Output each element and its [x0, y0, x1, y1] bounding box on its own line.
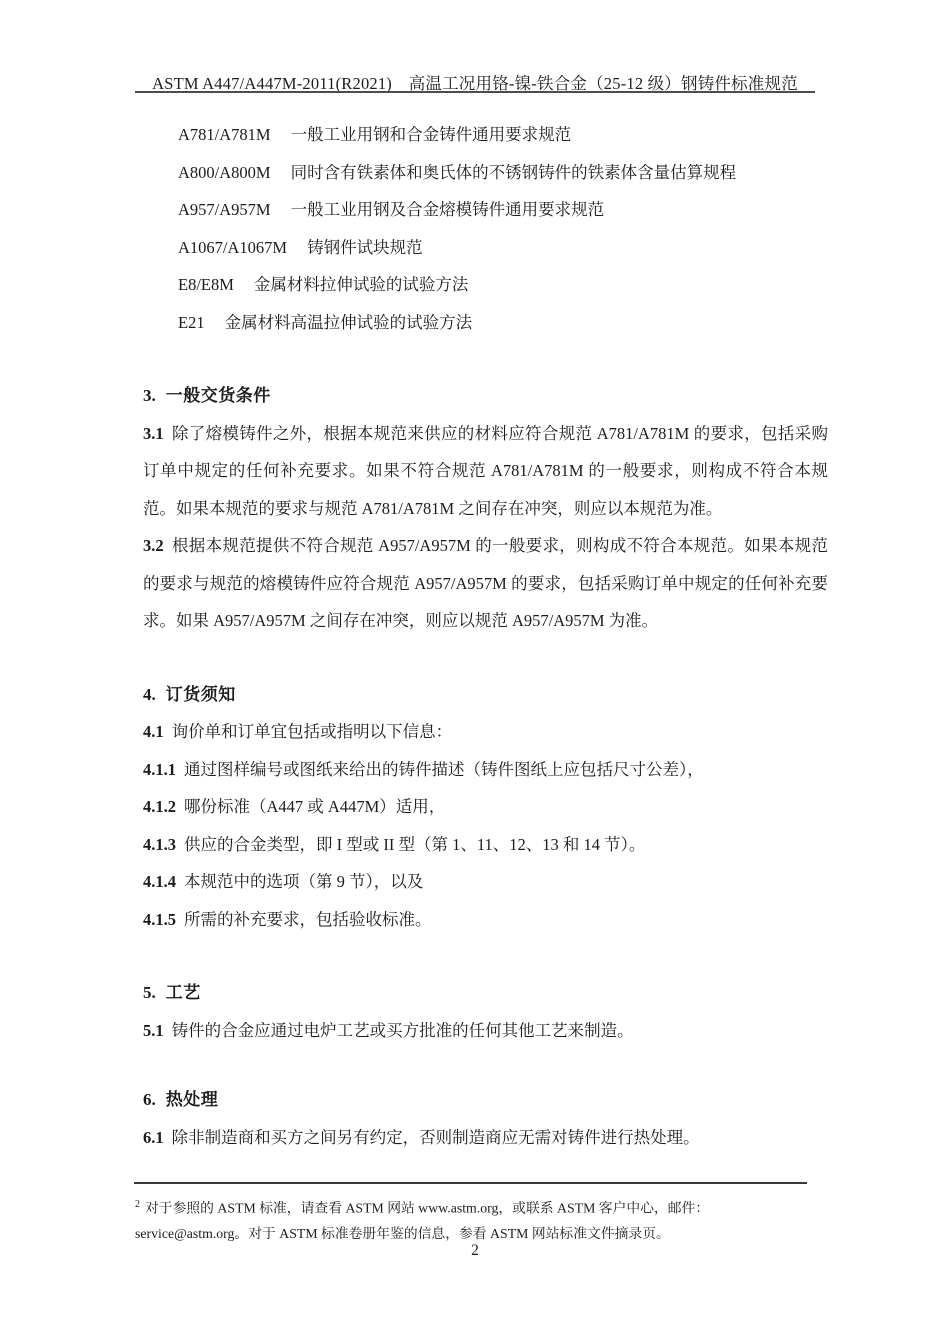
section-heading-4: 4.订货须知 — [143, 676, 828, 714]
paragraph-text: 通过图样编号或图纸来给出的铸件描述（铸件图纸上应包括尺寸公差）， — [184, 760, 704, 779]
paragraph-4-1-4: 4.1.4本规范中的选项（第 9 节），以及 — [143, 863, 828, 901]
section-heading-5: 5.工艺 — [143, 974, 828, 1012]
paragraph-label: 4.1.2 — [143, 797, 176, 816]
paragraph-text: 所需的补充要求，包括验收标准。 — [184, 910, 432, 929]
paragraph-3-1: 3.1除了熔模铸件之外，根据本规范来供应的材料应符合规范 A781/A781M … — [143, 415, 828, 528]
footnote-marker: 2 — [135, 1199, 140, 1210]
standard-code: A800/A800M — [178, 163, 271, 182]
standard-title: 同时含有铁素体和奥氏体的不锈钢铸件的铁素体含量估算规程 — [291, 163, 737, 182]
section-heading-6: 6.热处理 — [143, 1081, 828, 1119]
standard-title: 金属材料拉伸试验的试验方法 — [254, 275, 469, 294]
paragraph-6-1: 6.1除非制造商和买方之间另有约定，否则制造商应无需对铸件进行热处理。 — [143, 1119, 828, 1157]
document-page: ASTM A447/A447M-2011(R2021) 高温工况用铬-镍-铁合金… — [0, 0, 950, 1344]
paragraph-text: 铸件的合金应通过电炉工艺或买方批准的任何其他工艺来制造。 — [172, 1021, 634, 1040]
list-item: A800/A800M同时含有铁素体和奥氏体的不锈钢铸件的铁素体含量估算规程 — [178, 154, 828, 192]
list-item: A957/A957M一般工业用钢及合金熔模铸件通用要求规范 — [178, 191, 828, 229]
paragraph-label: 5.1 — [143, 1021, 164, 1040]
standard-title: 一般工业用钢和合金铸件通用要求规范 — [291, 125, 572, 144]
paragraph-label: 4.1 — [143, 722, 164, 741]
section-number: 3. — [143, 386, 156, 405]
section-title: 热处理 — [166, 1090, 219, 1109]
document-body: A781/A781M一般工业用钢和合金铸件通用要求规范 A800/A800M同时… — [143, 116, 828, 1156]
paragraph-label: 4.1.1 — [143, 760, 176, 779]
section-heading-3: 3.一般交货条件 — [143, 377, 828, 415]
standard-title: 金属材料高温拉伸试验的试验方法 — [225, 313, 473, 332]
standard-code: A781/A781M — [178, 125, 271, 144]
page-number: 2 — [0, 1242, 950, 1260]
paragraph-label: 3.2 — [143, 536, 164, 555]
standard-code: E8/E8M — [178, 275, 234, 294]
paragraph-label: 3.1 — [143, 424, 164, 443]
paragraph-4-1-5: 4.1.5所需的补充要求，包括验收标准。 — [143, 901, 828, 939]
section-title: 工艺 — [166, 983, 201, 1002]
list-item: A781/A781M一般工业用钢和合金铸件通用要求规范 — [178, 116, 828, 154]
standard-title: 一般工业用钢及合金熔模铸件通用要求规范 — [291, 200, 605, 219]
paragraph-label: 4.1.3 — [143, 835, 176, 854]
footnote-text-2: service@astm.org。对于 ASTM 标准卷册年鉴的信息，参看 AS… — [135, 1226, 670, 1241]
referenced-standards-list: A781/A781M一般工业用钢和合金铸件通用要求规范 A800/A800M同时… — [178, 116, 828, 341]
standard-title: 铸钢件试块规范 — [307, 238, 423, 257]
footnote-text-1: 对于参照的 ASTM 标准，请查看 ASTM 网站 www.astm.org，或… — [145, 1201, 709, 1216]
footnote: 2对于参照的 ASTM 标准，请查看 ASTM 网站 www.astm.org，… — [135, 1192, 835, 1247]
paragraph-text: 询价单和订单宜包括或指明以下信息： — [172, 722, 453, 741]
section-number: 6. — [143, 1090, 156, 1109]
paragraph-label: 4.1.4 — [143, 872, 176, 891]
standard-code: A957/A957M — [178, 200, 271, 219]
list-item: E8/E8M金属材料拉伸试验的试验方法 — [178, 266, 828, 304]
section-title: 一般交货条件 — [166, 386, 271, 405]
standard-code: E21 — [178, 313, 205, 332]
paragraph-4-1-1: 4.1.1通过图样编号或图纸来给出的铸件描述（铸件图纸上应包括尺寸公差）， — [143, 751, 828, 789]
paragraph-4-1-2: 4.1.2哪份标准（A447 或 A447M）适用， — [143, 788, 828, 826]
paragraph-text: 本规范中的选项（第 9 节），以及 — [184, 872, 423, 891]
standard-code: A1067/A1067M — [178, 238, 287, 257]
section-title: 订货须知 — [166, 685, 236, 704]
section-number: 5. — [143, 983, 156, 1002]
paragraph-4-1: 4.1询价单和订单宜包括或指明以下信息： — [143, 713, 828, 751]
paragraph-text: 根据本规范提供不符合规范 A957/A957M 的一般要求，则构成不符合本规范。… — [143, 536, 828, 630]
header-rule — [135, 91, 815, 93]
paragraph-label: 6.1 — [143, 1128, 164, 1147]
list-item: A1067/A1067M铸钢件试块规范 — [178, 229, 828, 267]
section-number: 4. — [143, 685, 156, 704]
paragraph-3-2: 3.2根据本规范提供不符合规范 A957/A957M 的一般要求，则构成不符合本… — [143, 527, 828, 640]
footnote-line-1: 2对于参照的 ASTM 标准，请查看 ASTM 网站 www.astm.org，… — [135, 1192, 835, 1221]
paragraph-text: 供应的合金类型，即 I 型或 II 型（第 1、11、12、13 和 14 节）… — [184, 835, 645, 854]
paragraph-text: 除非制造商和买方之间另有约定，否则制造商应无需对铸件进行热处理。 — [172, 1128, 700, 1147]
paragraph-label: 4.1.5 — [143, 910, 176, 929]
list-item: E21金属材料高温拉伸试验的试验方法 — [178, 304, 828, 342]
footnote-rule — [134, 1182, 807, 1184]
paragraph-text: 除了熔模铸件之外，根据本规范来供应的材料应符合规范 A781/A781M 的要求… — [143, 424, 828, 518]
paragraph-4-1-3: 4.1.3供应的合金类型，即 I 型或 II 型（第 1、11、12、13 和 … — [143, 826, 828, 864]
paragraph-5-1: 5.1铸件的合金应通过电炉工艺或买方批准的任何其他工艺来制造。 — [143, 1012, 828, 1050]
paragraph-text: 哪份标准（A447 或 A447M）适用， — [184, 797, 445, 816]
